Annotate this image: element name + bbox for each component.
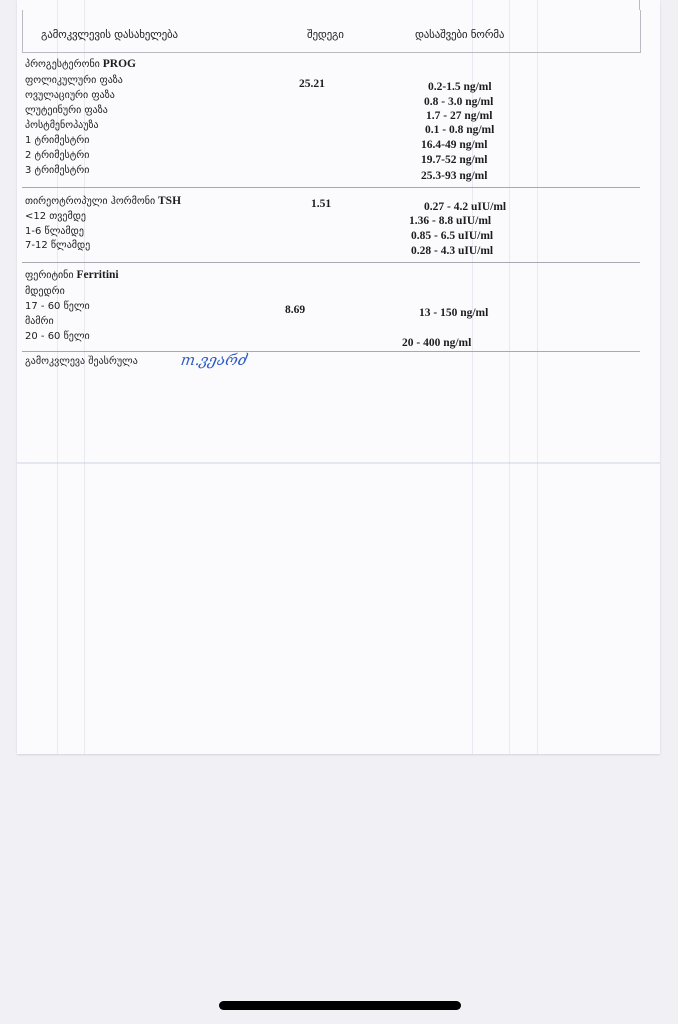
row-label: 2 ტრიმესტრი — [25, 148, 89, 163]
row-norm: 19.7-52 ng/ml — [421, 153, 487, 168]
row-norm: 0.85 - 6.5 uIU/ml — [411, 229, 493, 244]
test-result: 25.21 — [299, 77, 325, 92]
header-test-name: გამოკვლევის დასახელება — [41, 28, 178, 41]
signature: m.ვეარძ — [180, 351, 248, 369]
test-title: ფერიტინი Ferritini — [25, 268, 119, 283]
row-norm: 1.7 - 27 ng/ml — [426, 109, 492, 124]
scan-streak — [509, 0, 510, 754]
row-norm: 0.28 - 4.3 uIU/ml — [411, 244, 493, 259]
row-norm: 0.1 - 0.8 ng/ml — [425, 123, 494, 138]
row-norm: 25.3-93 ng/ml — [421, 169, 487, 184]
row-norm: 0.2-1.5 ng/ml — [428, 80, 492, 95]
home-indicator[interactable] — [219, 1001, 461, 1010]
row-norm: 20 - 400 ng/ml — [402, 336, 471, 351]
row-label: 1-6 წლამდე — [25, 224, 84, 239]
scan-streak — [537, 0, 538, 754]
row-label: 3 ტრიმესტრი — [25, 163, 89, 178]
row-label: 1 ტრიმესტრი — [25, 133, 89, 148]
row-norm: 16.4-49 ng/ml — [421, 138, 487, 153]
test-result: 1.51 — [311, 197, 331, 212]
row-label: 7-12 წლამდე — [25, 238, 90, 253]
row-label: <12 თვემდე — [25, 209, 86, 224]
scanned-page: გამოკვლევის დასახელება შედეგი დასაშვები … — [17, 0, 660, 754]
section-divider — [22, 187, 640, 188]
row-label: ლუტეინური ფაზა — [25, 103, 108, 118]
test-result: 8.69 — [285, 303, 305, 318]
row-label: ოვულაციური ფაზა — [25, 88, 115, 103]
header-reference: დასაშვები ნორმა — [415, 28, 504, 41]
performed-by-label: გამოკვლევა შეასრულა — [25, 354, 138, 369]
row-label: ფოლიკულური ფაზა — [25, 73, 123, 88]
section-divider — [22, 351, 640, 352]
scan-band — [17, 462, 660, 464]
row-norm: 1.36 - 8.8 uIU/ml — [409, 214, 491, 229]
row-label: მდედრი — [25, 284, 65, 299]
row-label: მამრი — [25, 314, 54, 329]
row-label: 17 - 60 წელი — [25, 299, 90, 314]
document-viewer: გამოკვლევის დასახელება შედეგი დასაშვები … — [0, 0, 678, 1024]
row-norm: 0.27 - 4.2 uIU/ml — [424, 200, 506, 215]
row-label: 20 - 60 წელი — [25, 329, 90, 344]
section-divider — [22, 262, 640, 263]
header-result: შედეგი — [307, 28, 344, 41]
row-norm: 0.8 - 3.0 ng/ml — [424, 95, 493, 110]
row-label: პოსტმენოპაუზა — [25, 118, 99, 133]
test-title: თირეოტროპული ჰორმონი TSH — [25, 194, 181, 209]
test-title: პროგესტერონი PROG — [25, 57, 136, 72]
row-norm: 13 - 150 ng/ml — [419, 306, 488, 321]
